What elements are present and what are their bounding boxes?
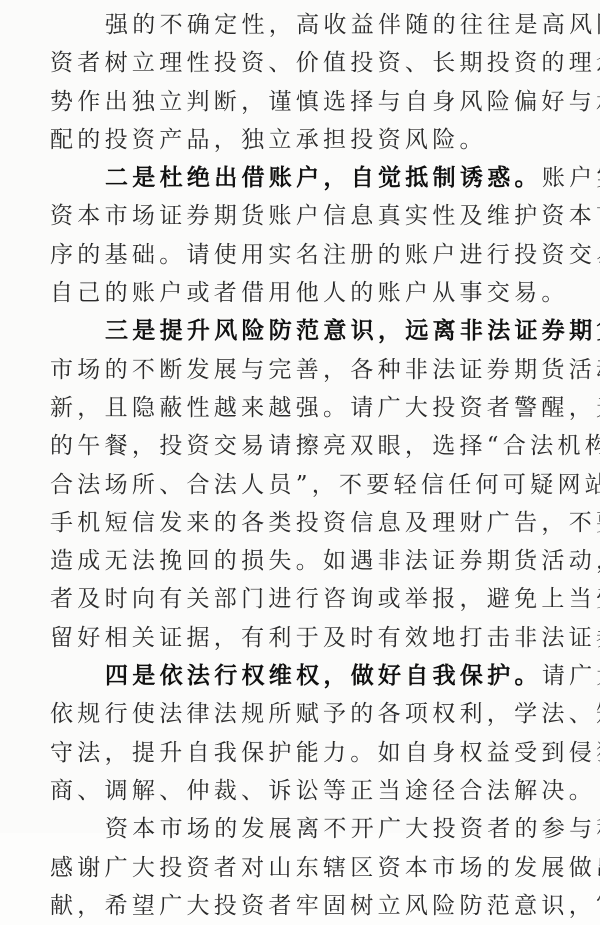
text-line: 造成无法挽回的损失。如遇非法证券期货活动，请广大投资	[50, 542, 550, 580]
line-text: 资者树立理性投资、价值投资、长期投资的理念，对市场形	[50, 50, 600, 76]
line-text: 依规行使法律法规所赋予的各项权利，学法、知法、懂法、	[50, 701, 600, 727]
line-text: 账户实名制是保障	[542, 165, 600, 191]
line-text: 合法场所、合法人员”，不要轻信任何可疑网站、陌生电话、	[50, 472, 600, 498]
line-text: 新，且隐蔽性越来越强。请广大投资者警醒，天下没有免费	[50, 395, 600, 421]
text-line: 的午餐，投资交易请擦亮双眼，选择“合法机构、合法产品、	[50, 427, 550, 465]
paragraph: 四是依法行权维权，做好自我保护。请广大投资者依法依规行使法律法规所赋予的各项权利…	[50, 657, 550, 810]
text-line: 市场的不断发展与完善，各种非法证券期货活动手段不断翻	[50, 351, 550, 389]
text-line: 手机短信发来的各类投资信息及理财广告，不要因一时贪念	[50, 504, 550, 542]
text-line: 自己的账户或者借用他人的账户从事交易。	[50, 274, 550, 312]
text-line: 守法，提升自我保护能力。如自身权益受到侵犯，请通过协	[50, 734, 550, 772]
text-line: 新，且隐蔽性越来越强。请广大投资者警醒，天下没有免费	[50, 389, 550, 427]
text-line: 资者树立理性投资、价值投资、长期投资的理念，对市场形	[50, 44, 550, 82]
line-text: 商、调解、仲裁、诉讼等正当途径合法解决。	[50, 778, 596, 804]
line-text: 守法，提升自我保护能力。如自身权益受到侵犯，请通过协	[50, 740, 600, 766]
line-text: 自己的账户或者借用他人的账户从事交易。	[50, 280, 569, 306]
text-line: 强的不确定性，高收益伴随的往往是高风险。请广大投	[50, 6, 550, 44]
paragraph-heading: 四是依法行权维权，做好自我保护。	[105, 662, 542, 689]
paragraph: 资本市场的发展离不开广大投资者的参与和支持。再次感谢广大投资者对山东辖区资本市场…	[50, 810, 550, 833]
text-line: 商、调解、仲裁、诉讼等正当途径合法解决。	[50, 772, 550, 810]
paragraph: 三是提升风险防范意识，远离非法证券期货。随着资本市场的不断发展与完善，各种非法证…	[50, 312, 550, 657]
text-line: 二是杜绝出借账户，自觉抵制诱惑。账户实名制是保障	[50, 159, 550, 197]
line-text: 序的基础。请使用实名注册的账户进行投资交易，不要出借	[50, 242, 600, 268]
paragraph-heading: 三是提升风险防范意识，远离非法证券期货。	[105, 317, 600, 344]
line-text: 者及时向有关部门进行咨询或举报，避免上当受骗，同时保	[50, 586, 600, 612]
line-text: 的午餐，投资交易请擦亮双眼，选择“合法机构、合法产品、	[50, 433, 600, 459]
text-line: 四是依法行权维权，做好自我保护。请广大投资者依法	[50, 657, 550, 695]
line-text: 留好相关证据，有利于及时有效地打击非法证券期货活动。	[50, 625, 600, 651]
text-line: 配的投资产品，独立承担投资风险。	[50, 121, 550, 159]
text-line: 三是提升风险防范意识，远离非法证券期货。随着资本	[50, 312, 550, 350]
text-line: 留好相关证据，有利于及时有效地打击非法证券期货活动。	[50, 619, 550, 657]
line-text: 请广大投资者依法	[542, 663, 600, 689]
document-body: 强的不确定性，高收益伴随的往往是高风险。请广大投资者树立理性投资、价值投资、长期…	[50, 6, 550, 833]
text-line: 序的基础。请使用实名注册的账户进行投资交易，不要出借	[50, 236, 550, 274]
paragraph: 二是杜绝出借账户，自觉抵制诱惑。账户实名制是保障资本市场证券期货账户信息真实性及…	[50, 159, 550, 312]
text-line: 资本市场的发展离不开广大投资者的参与和支持。再次	[50, 810, 550, 833]
line-text: 造成无法挽回的损失。如遇非法证券期货活动，请广大投资	[50, 548, 600, 574]
paragraph: 强的不确定性，高收益伴随的往往是高风险。请广大投资者树立理性投资、价值投资、长期…	[50, 6, 550, 159]
text-line: 者及时向有关部门进行咨询或举报，避免上当受骗，同时保	[50, 580, 550, 618]
line-text: 配的投资产品，独立承担投资风险。	[50, 127, 487, 153]
document-page: 强的不确定性，高收益伴随的往往是高风险。请广大投资者树立理性投资、价值投资、长期…	[0, 0, 600, 833]
text-line: 资本市场证券期货账户信息真实性及维护资本市场交易秩	[50, 197, 550, 235]
line-text: 强的不确定性，高收益伴随的往往是高风险。请广大投	[105, 12, 600, 38]
line-text: 资本市场证券期货账户信息真实性及维护资本市场交易秩	[50, 203, 600, 229]
line-text: 资本市场的发展离不开广大投资者的参与和支持。再次	[105, 816, 600, 833]
line-text: 势作出独立判断，谨慎选择与自身风险偏好与承受能力相匹	[50, 89, 600, 115]
line-text: 手机短信发来的各类投资信息及理财广告，不要因一时贪念	[50, 510, 600, 536]
line-text: 市场的不断发展与完善，各种非法证券期货活动手段不断翻	[50, 357, 600, 383]
text-line: 合法场所、合法人员”，不要轻信任何可疑网站、陌生电话、	[50, 466, 550, 504]
text-line: 势作出独立判断，谨慎选择与自身风险偏好与承受能力相匹	[50, 83, 550, 121]
paragraph-heading: 二是杜绝出借账户，自觉抵制诱惑。	[105, 164, 542, 191]
text-line: 依规行使法律法规所赋予的各项权利，学法、知法、懂法、	[50, 695, 550, 733]
